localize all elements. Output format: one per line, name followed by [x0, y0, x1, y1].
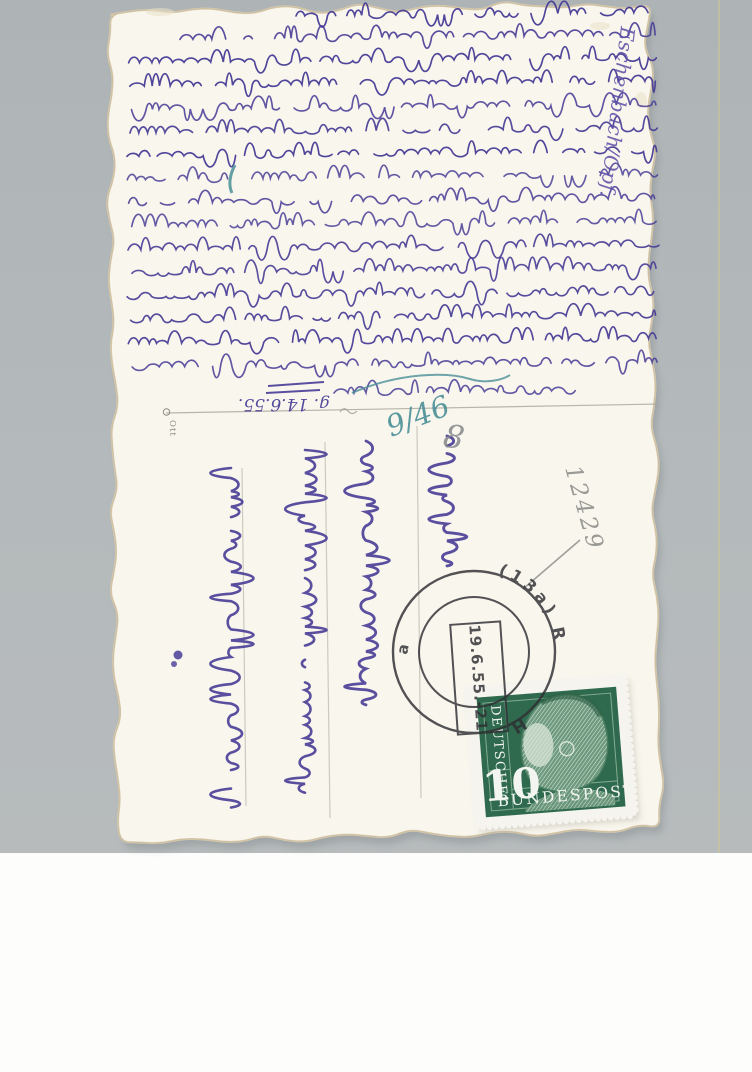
ink-blot [174, 651, 183, 660]
aging-spot [146, 8, 174, 16]
publisher-imprint: Ott [167, 420, 177, 437]
postcard-scan: Ott Eschenbach/Opf. g. 14.6.55. 9/46 8 1… [0, 0, 752, 1072]
aging-spot [590, 22, 610, 30]
ink-blot [171, 661, 177, 667]
handwritten-date: g. 14.6.55. [238, 394, 330, 414]
postcard-artwork: Ott Eschenbach/Opf. g. 14.6.55. 9/46 8 1… [0, 0, 752, 1072]
